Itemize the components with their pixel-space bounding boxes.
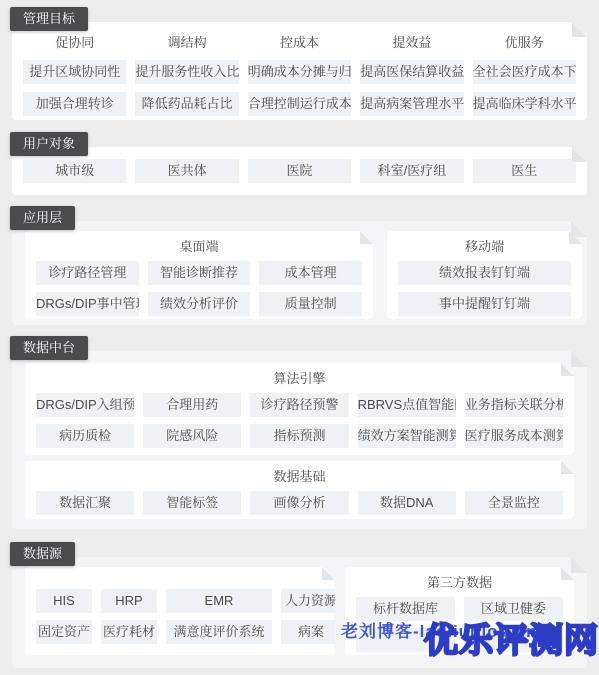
column-header: 提效益 bbox=[360, 34, 463, 52]
foundation-box: 画像分析 bbox=[250, 491, 348, 515]
algo-box: 业务指标关联分析 bbox=[465, 393, 563, 417]
goal-box: 提升区域协同性 bbox=[23, 60, 126, 84]
algo-box: 医疗服务成本测算 bbox=[465, 424, 563, 448]
source-box: 病案 bbox=[281, 620, 341, 644]
mobile-box-row: 绩效报表钉钉端 bbox=[387, 261, 582, 285]
section-label-data-platform: 数据中台 bbox=[10, 336, 88, 360]
column-header: 促协同 bbox=[23, 34, 126, 52]
user-box: 医院 bbox=[248, 159, 351, 183]
mobile-card-title: 移动端 bbox=[387, 239, 582, 255]
app-box: DRGs/DIP事中管理 bbox=[36, 292, 139, 316]
goal-box: 明确成本分摊与归属 bbox=[248, 60, 351, 84]
column-header: 优服务 bbox=[473, 34, 576, 52]
source-box: EMR bbox=[166, 589, 272, 613]
column-header: 控成本 bbox=[248, 34, 351, 52]
algo-box: 指标预测 bbox=[250, 424, 348, 448]
goal-box-row: 加强合理转诊降低药品耗占比合理控制运行成本提高病案管理水平提高临床学科水平 bbox=[12, 92, 587, 116]
source-box: HRP bbox=[101, 589, 157, 613]
algo-box: 诊疗路径预警 bbox=[250, 393, 348, 417]
data-foundation-title: 数据基础 bbox=[25, 469, 574, 485]
section-label-management-goals: 管理目标 bbox=[10, 7, 88, 31]
goal-header-row: 促协同调结构控成本提效益优服务 bbox=[12, 34, 587, 52]
source-box-row: HISHRPEMR人力资源 bbox=[25, 589, 335, 613]
third-party-data-title: 第三方数据 bbox=[345, 575, 574, 591]
app-box: 诊疗路径管理 bbox=[36, 261, 139, 285]
user-box: 医生 bbox=[473, 159, 576, 183]
goal-box-row: 提升区域协同性提升服务性收入比例明确成本分摊与归属提高医保结算收益全社会医疗成本… bbox=[12, 60, 587, 84]
mobile-card: 移动端 绩效报表钉钉端 事中提醒钉钉端 bbox=[387, 231, 582, 319]
algo-box: 合理用药 bbox=[143, 393, 241, 417]
source-box: 人力资源 bbox=[281, 589, 341, 613]
desktop-box-row: DRGs/DIP事中管理绩效分析评价质量控制 bbox=[25, 292, 373, 316]
foundation-box: 数据汇聚 bbox=[36, 491, 134, 515]
algo-box: DRGs/DIP入组预测 bbox=[36, 393, 134, 417]
app-box: 智能诊断推荐 bbox=[148, 261, 251, 285]
foundation-box: 数据DNA bbox=[358, 491, 456, 515]
user-box: 科室/医疗组 bbox=[360, 159, 463, 183]
app-box: 成本管理 bbox=[259, 261, 362, 285]
data-foundation-card: 数据基础 数据汇聚智能标签画像分析数据DNA全景监控 bbox=[25, 461, 574, 519]
algo-box: RBRVS点值智能匹配 bbox=[358, 393, 456, 417]
source-box: HIS bbox=[36, 589, 92, 613]
source-box-row: 固定资产医疗耗材满意度评价系统病案 bbox=[25, 620, 335, 644]
algorithm-engine-card: 算法引擎 DRGs/DIP入组预测合理用药诊疗路径预警RBRVS点值智能匹配业务… bbox=[25, 363, 574, 455]
section-label-user-objects: 用户对象 bbox=[10, 132, 88, 156]
watermark-site-text: 优乐评测网 bbox=[424, 623, 599, 660]
algo-box: 绩效方案智能测算 bbox=[358, 424, 456, 448]
source-box: 固定资产 bbox=[36, 620, 92, 644]
user-box: 城市级 bbox=[23, 159, 126, 183]
algorithm-box-row: DRGs/DIP入组预测合理用药诊疗路径预警RBRVS点值智能匹配业务指标关联分… bbox=[25, 393, 574, 417]
goal-box: 提高病案管理水平 bbox=[360, 92, 463, 116]
app-box: 绩效报表钉钉端 bbox=[398, 261, 571, 285]
user-box-row: 城市级医共体医院科室/医疗组医生 bbox=[12, 159, 587, 183]
algorithm-box-row: 病历质检院感风险指标预测绩效方案智能测算医疗服务成本测算 bbox=[25, 424, 574, 448]
algo-box: 院感风险 bbox=[143, 424, 241, 448]
goal-box: 全社会医疗成本下降 bbox=[473, 60, 576, 84]
app-box: 事中提醒钉钉端 bbox=[398, 292, 571, 316]
source-box: 满意度评价系统 bbox=[166, 620, 272, 644]
app-box: 绩效分析评价 bbox=[148, 292, 251, 316]
goal-box: 合理控制运行成本 bbox=[248, 92, 351, 116]
goal-box: 提高医保结算收益 bbox=[360, 60, 463, 84]
section-label-data-sources: 数据源 bbox=[10, 542, 75, 566]
algorithm-engine-title: 算法引擎 bbox=[25, 371, 574, 387]
desktop-box-row: 诊疗路径管理智能诊断推荐成本管理 bbox=[25, 261, 373, 285]
source-box: 医疗耗材 bbox=[101, 620, 157, 644]
user-box: 医共体 bbox=[135, 159, 238, 183]
internal-card-title-space bbox=[25, 567, 335, 589]
internal-sources-card: HISHRPEMR人力资源 固定资产医疗耗材满意度评价系统病案 bbox=[25, 567, 335, 655]
desktop-card-title: 桌面端 bbox=[25, 239, 373, 255]
desktop-card: 桌面端 诊疗路径管理智能诊断推荐成本管理 DRGs/DIP事中管理绩效分析评价质… bbox=[25, 231, 373, 319]
architecture-diagram-page: 管理目标 促协同调结构控成本提效益优服务 提升区域协同性提升服务性收入比例明确成… bbox=[0, 0, 599, 675]
goal-box: 提高临床学科水平 bbox=[473, 92, 576, 116]
goal-box: 加强合理转诊 bbox=[23, 92, 126, 116]
foundation-box-row: 数据汇聚智能标签画像分析数据DNA全景监控 bbox=[25, 491, 574, 515]
user-objects-panel: 城市级医共体医院科室/医疗组医生 bbox=[12, 147, 587, 195]
goal-box: 降低药品耗占比 bbox=[135, 92, 238, 116]
algo-box: 病历质检 bbox=[36, 424, 134, 448]
foundation-box: 全景监控 bbox=[465, 491, 563, 515]
data-platform-container: 算法引擎 DRGs/DIP入组预测合理用药诊疗路径预警RBRVS点值智能匹配业务… bbox=[12, 351, 587, 529]
foundation-box: 智能标签 bbox=[143, 491, 241, 515]
mobile-box-row: 事中提醒钉钉端 bbox=[387, 292, 582, 316]
column-header: 调结构 bbox=[135, 34, 238, 52]
app-box: 质量控制 bbox=[259, 292, 362, 316]
management-goals-panel: 促协同调结构控成本提效益优服务 提升区域协同性提升服务性收入比例明确成本分摊与归… bbox=[12, 22, 587, 120]
section-label-application-layer: 应用层 bbox=[10, 206, 75, 230]
goal-box: 提升服务性收入比例 bbox=[135, 60, 238, 84]
application-layer-container: 桌面端 诊疗路径管理智能诊断推荐成本管理 DRGs/DIP事中管理绩效分析评价质… bbox=[12, 221, 587, 325]
